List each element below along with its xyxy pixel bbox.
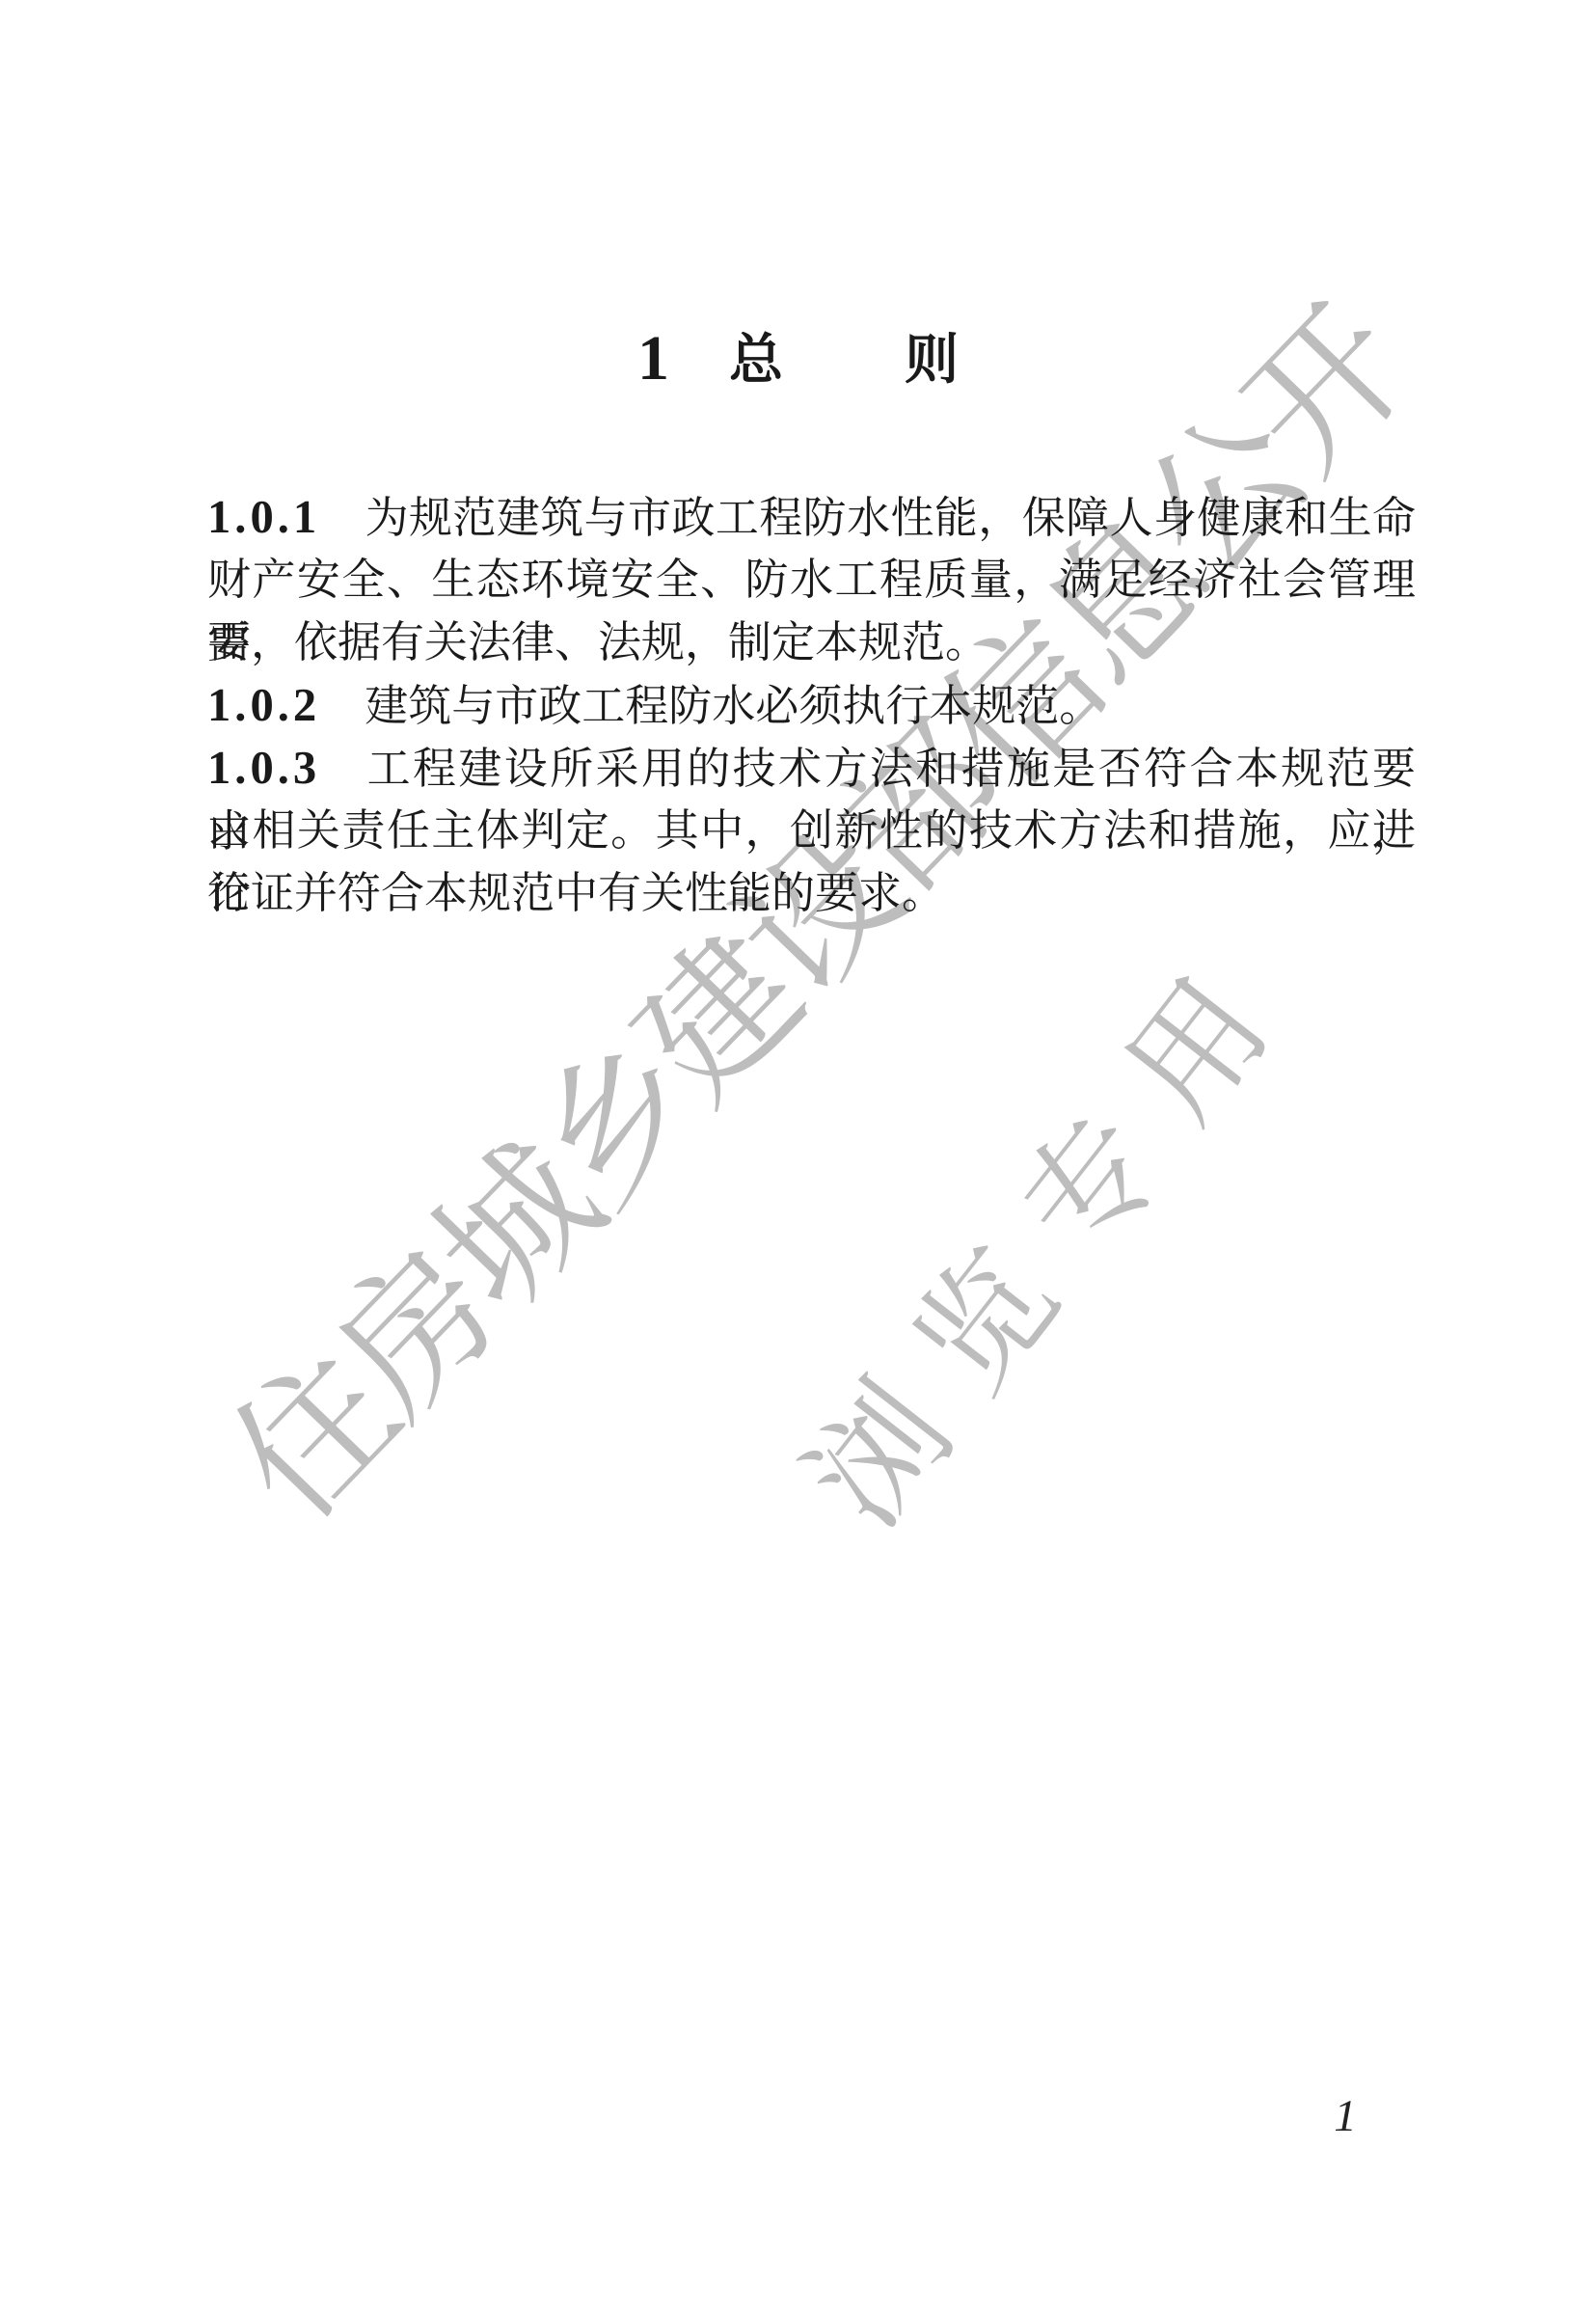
clause-text: 要，依据有关法律、法规，制定本规范。 bbox=[207, 618, 988, 666]
clause-number: 1.0.2 bbox=[207, 679, 320, 731]
clauses-text-block: 1.0.1为规范建筑与市政工程防水性能，保障人身健康和生命 财产安全、生态环境安… bbox=[207, 486, 1416, 925]
page-number: 1 bbox=[1307, 2091, 1384, 2141]
clause-101-line-3: 要，依据有关法律、法规，制定本规范。 bbox=[207, 612, 1416, 674]
clause-103-line-2: 由相关责任主体判定。其中，创新性的技术方法和措施，应进行 bbox=[207, 800, 1416, 862]
clause-number: 1.0.3 bbox=[207, 742, 320, 794]
clause-101-line-1: 1.0.1为规范建筑与市政工程防水性能，保障人身健康和生命 bbox=[207, 486, 1416, 549]
chapter-title: 1总则 bbox=[0, 330, 1596, 390]
clause-103-line-1: 1.0.3工程建设所采用的技术方法和措施是否符合本规范要求， bbox=[207, 737, 1416, 800]
chapter-title-char-1: 总 bbox=[729, 331, 783, 391]
clause-103-line-3: 论证并符合本规范中有关性能的要求。 bbox=[207, 862, 1416, 925]
clause-number: 1.0.1 bbox=[207, 491, 320, 543]
clause-text: 建筑与市政工程防水必须执行本规范。 bbox=[365, 682, 1102, 730]
watermark-browse-only: 浏览专用 bbox=[791, 927, 1316, 1548]
document-page: 住房城乡建设部信息公开 浏览专用 1总则 1.0.1为规范建筑与市政工程防水性能… bbox=[0, 0, 1596, 2311]
clause-102-line-1: 1.0.2建筑与市政工程防水必须执行本规范。 bbox=[207, 674, 1416, 737]
clause-101-line-2: 财产安全、生态环境安全、防水工程质量，满足经济社会管理需 bbox=[207, 549, 1416, 612]
clause-text: 论证并符合本规范中有关性能的要求。 bbox=[207, 869, 945, 917]
clause-text: 为规范建筑与市政工程防水性能，保障人身健康和生命 bbox=[365, 494, 1416, 542]
chapter-title-char-2: 则 bbox=[905, 331, 959, 391]
chapter-number: 1 bbox=[637, 323, 669, 394]
